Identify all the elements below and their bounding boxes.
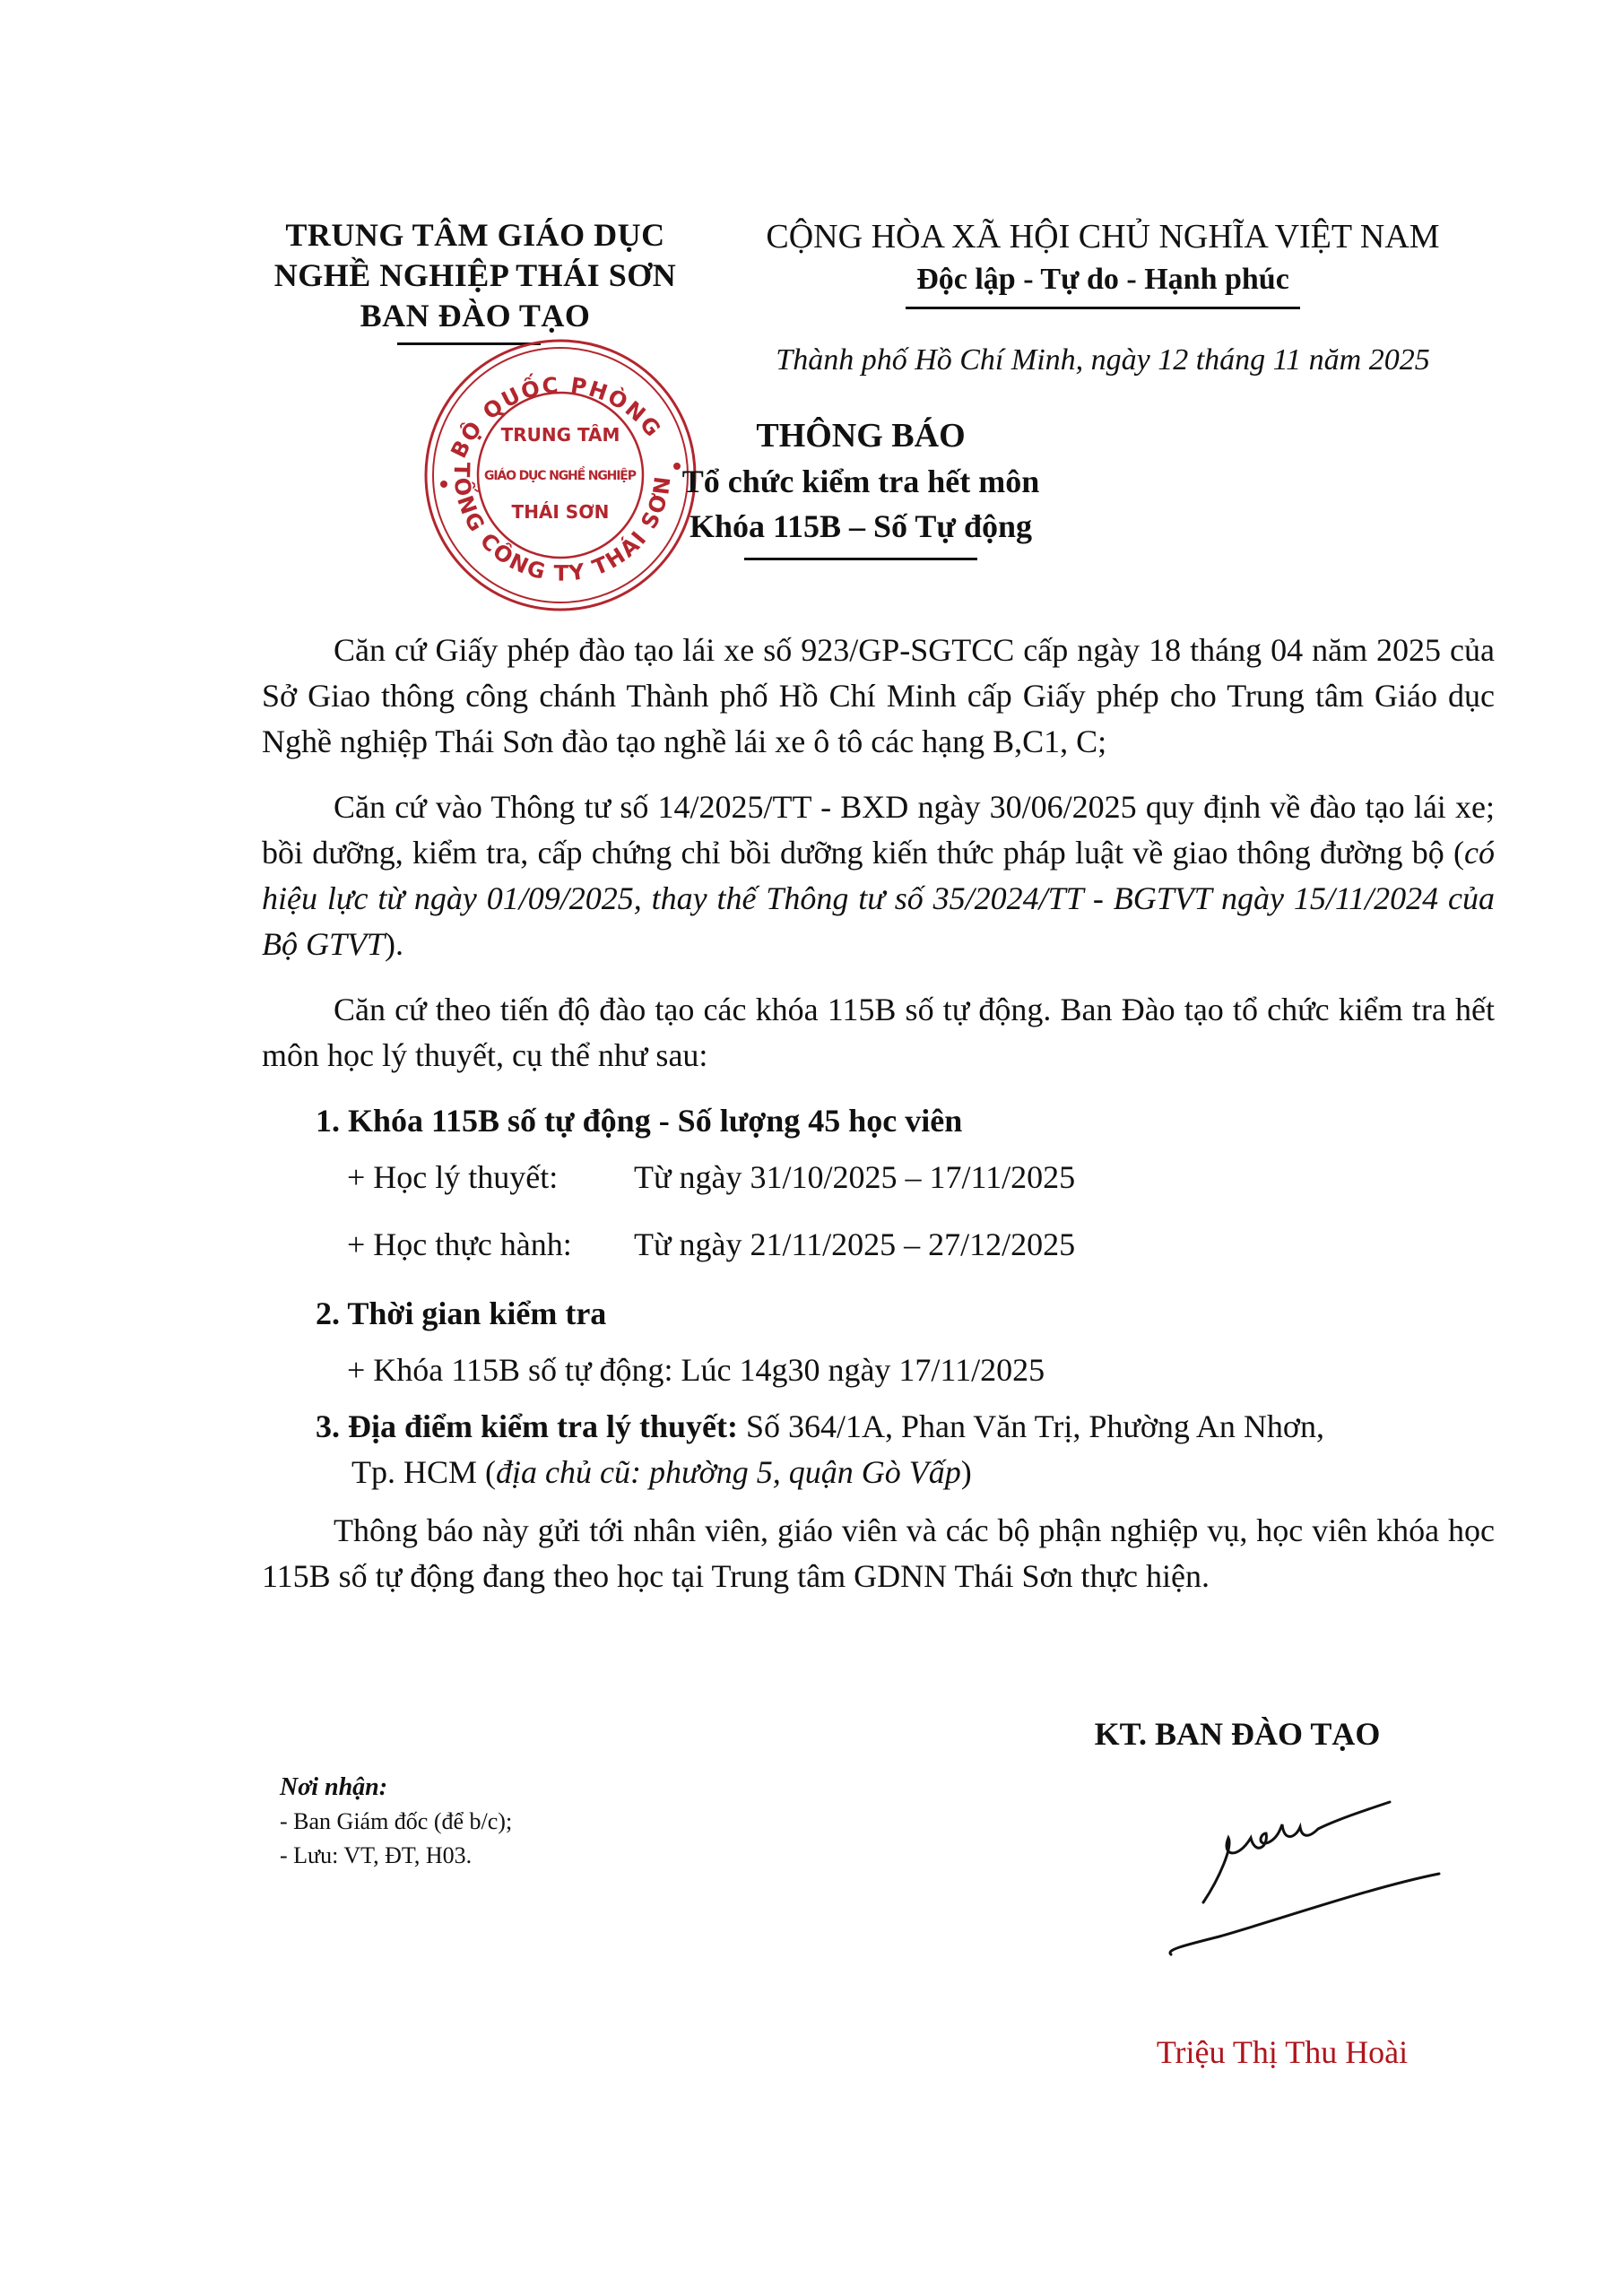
recipients: Nơi nhận: - Ban Giám đốc (để b/c); - Lưu… xyxy=(280,1771,512,1873)
official-seal-icon: BỘ QUỐC PHÒNG TỔNG CÔNG TY THÁI SƠN TRUN… xyxy=(417,332,704,619)
item-exam-location: 3. Địa điểm kiểm tra lý thuyết: Số 364/1… xyxy=(262,1404,1495,1495)
paragraph-closing: Thông báo này gửi tới nhân viên, giáo vi… xyxy=(262,1508,1495,1599)
title-line-1: Tổ chức kiểm tra hết môn xyxy=(664,459,1058,504)
svg-text:BỘ QUỐC PHÒNG: BỘ QUỐC PHÒNG xyxy=(446,370,666,462)
item-exam-time: 2. Thời gian kiểm tra xyxy=(262,1291,1495,1337)
item-exam-time-detail: + Khóa 115B số tự động: Lúc 14g30 ngày 1… xyxy=(262,1337,1495,1404)
motto-underline xyxy=(906,307,1300,309)
paragraph-circular: Căn cứ vào Thông tư số 14/2025/TT - BXD … xyxy=(262,784,1495,967)
org-line-3: BAN ĐÀO TẠO xyxy=(224,296,726,336)
title-underline xyxy=(744,558,977,560)
recipients-heading: Nơi nhận: xyxy=(280,1771,512,1805)
handwritten-signature-icon xyxy=(1166,1784,1444,1963)
org-line-2: NGHỀ NGHIỆP THÁI SƠN xyxy=(224,256,726,296)
paragraph-license: Căn cứ Giấy phép đào tạo lái xe số 923/G… xyxy=(262,628,1495,765)
signature-title: KT. BAN ĐÀO TẠO xyxy=(1058,1715,1417,1753)
title-heading: THÔNG BÁO xyxy=(664,412,1058,459)
svg-text:TRUNG TÂM: TRUNG TÂM xyxy=(501,424,620,446)
svg-text:GIÁO DỤC NGHỀ NGHIỆP: GIÁO DỤC NGHỀ NGHIỆP xyxy=(484,466,637,483)
recipient-item: - Lưu: VT, ĐT, H03. xyxy=(280,1839,512,1873)
national-motto: Độc lập - Tự do - Hạnh phúc xyxy=(735,258,1470,301)
org-line-1: TRUNG TÂM GIÁO DỤC xyxy=(224,215,726,256)
document-body: Căn cứ Giấy phép đào tạo lái xe số 923/G… xyxy=(262,628,1495,1619)
recipient-item: - Ban Giám đốc (để b/c); xyxy=(280,1805,512,1839)
svg-text:THÁI SƠN: THÁI SƠN xyxy=(512,501,610,523)
place-date: Thành phố Hồ Chí Minh, ngày 12 tháng 11 … xyxy=(717,343,1488,377)
title-line-2: Khóa 115B – Số Tự động xyxy=(664,504,1058,549)
item-course: 1. Khóa 115B số tự động - Số lượng 45 họ… xyxy=(262,1098,1495,1144)
item-theory-period: + Học lý thuyết:Từ ngày 31/10/2025 – 17/… xyxy=(262,1144,1495,1211)
nation-name: CỘNG HÒA XÃ HỘI CHỦ NGHĨA VIỆT NAM xyxy=(735,215,1470,258)
paragraph-schedule: Căn cứ theo tiến độ đào tạo các khóa 115… xyxy=(262,987,1495,1079)
item-practice-period: + Học thực hành:Từ ngày 21/11/2025 – 27/… xyxy=(262,1211,1495,1278)
national-header: CỘNG HÒA XÃ HỘI CHỦ NGHĨA VIỆT NAM Độc l… xyxy=(735,215,1470,301)
document-title: THÔNG BÁO Tổ chức kiểm tra hết môn Khóa … xyxy=(664,412,1058,560)
issuing-organization: TRUNG TÂM GIÁO DỤC NGHỀ NGHIỆP THÁI SƠN … xyxy=(224,215,726,336)
signer-name: Triệu Thị Thu Hoài xyxy=(1103,2033,1462,2071)
